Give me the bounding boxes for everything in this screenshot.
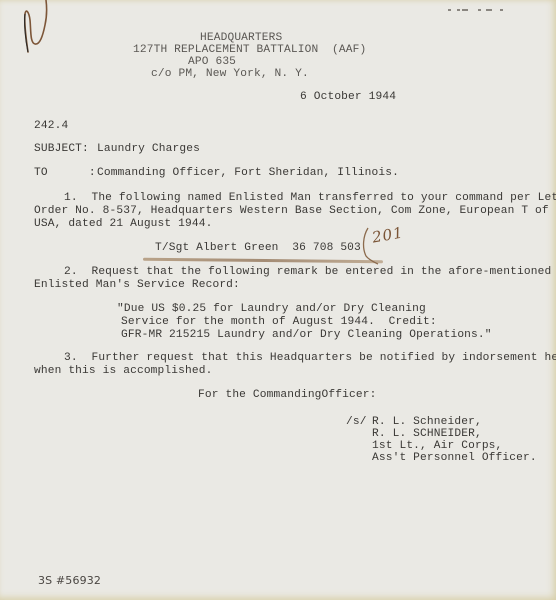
file-reference: 242.4 (34, 120, 68, 133)
paragraph-1-line-1: 1. The following named Enlisted Man tran… (64, 192, 556, 205)
paragraph-1-line-2: Order No. 8-537, Headquarters Western Ba… (34, 205, 556, 218)
remark-line-3: GFR-MR 215215 Laundry and/or Dry Cleanin… (121, 329, 492, 342)
handwritten-note: 201 (371, 223, 405, 246)
remark-line-1: "Due US $0.25 for Laundry and/or Dry Cle… (117, 303, 426, 316)
letter-date: 6 October 1944 (300, 91, 396, 104)
paragraph-3-line-1: 3. Further request that this Headquarter… (64, 352, 556, 365)
closing-line: For the CommandingOfficer: (198, 389, 376, 402)
to-value: Commanding Officer, Fort Sheridan, Illin… (97, 167, 399, 180)
soldier-name-serial: T/Sgt Albert Green 36 708 503 (155, 242, 361, 255)
paragraph-3-line-2: when this is accomplished. (34, 365, 212, 378)
letterhead-line-4: c/o PM, New York, N. Y. (151, 68, 309, 81)
signature-prefix: /s/ (346, 416, 367, 429)
paragraph-2-line-1: 2. Request that the following remark be … (64, 266, 551, 279)
letterhead-line-2: 127TH REPLACEMENT BATTALION (AAF) (133, 44, 366, 57)
paragraph-2-line-2: Enlisted Man's Service Record: (34, 279, 240, 292)
margin-specks (448, 9, 518, 13)
remark-line-2: Service for the month of August 1944. Cr… (121, 316, 437, 329)
footer-document-number: 3S #56932 (38, 574, 101, 587)
paragraph-1-line-3: USA, dated 21 August 1944. (34, 218, 212, 231)
handwritten-mark-icon (20, 0, 52, 58)
subject-label: SUBJECT: (34, 143, 89, 156)
to-label: TO : (34, 167, 96, 180)
ink-underline (143, 258, 383, 264)
subject-value: Laundry Charges (97, 143, 200, 156)
document-page: HEADQUARTERS 127TH REPLACEMENT BATTALION… (0, 0, 556, 600)
signature-line-4: Ass't Personnel Officer. (372, 452, 537, 465)
